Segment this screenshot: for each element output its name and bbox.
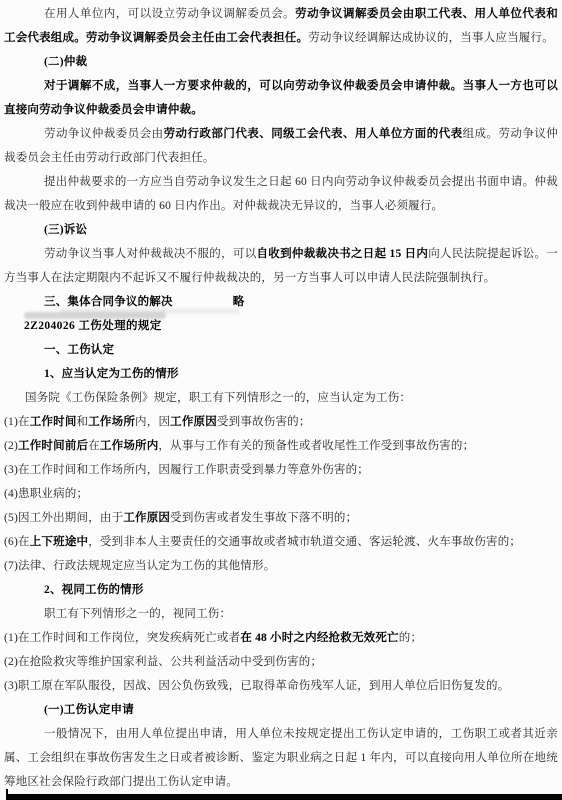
heading-injury-application: (一)工伤认定申请 — [4, 698, 558, 722]
heading-litigation: (三)诉讼 — [4, 218, 558, 242]
list-item-deemed-3: (3)职工原在军队服役，因战、因公负伤致残，已取得革命伤残军人证，到用人单位后旧… — [4, 674, 558, 698]
document-body: 在用人单位内，可以设立劳动争议调解委员会。劳动争议调解委员会由职工代表、用人单位… — [4, 2, 558, 794]
text-run: (4)患职业病的； — [4, 488, 88, 500]
para-arbitration-committee: 劳动争议仲裁委员会由劳动行政部门代表、同级工会代表、用人单位方面的代表组成。劳动… — [4, 122, 558, 170]
bold-text-run: 工作原因 — [123, 512, 170, 524]
list-item-injury-4: (4)患职业病的； — [4, 482, 558, 506]
heading-arbitration: (二)仲裁 — [4, 50, 558, 74]
text-run: 劳动争议仲裁委员会由 — [44, 128, 164, 140]
text-run: (3)在工作时间和工作场所内，因履行工作职责受到暴力等意外伤害的； — [4, 464, 369, 476]
bold-text-run: (一)工伤认定申请 — [44, 704, 134, 716]
text-run: 劳动争议经调解达成协议的，当事人应当履行。 — [308, 32, 554, 44]
highlight-smudge-secondary — [60, 309, 240, 313]
text-run: 和 — [77, 416, 89, 428]
list-item-injury-1: (1)在工作时间和工作场所内，因工作原因受到事故伤害的； — [4, 410, 558, 434]
list-item-injury-3: (3)在工作时间和工作场所内，因履行工作职责受到暴力等意外伤害的； — [4, 458, 558, 482]
heading-deemed-injury: 2、视同工伤的情形 — [4, 578, 558, 602]
para-arbitration-deadline: 提出仲裁要求的一方应当自劳动争议发生之日起 60 日内向劳动争议仲裁委员会提出书… — [4, 170, 558, 218]
scan-edge-bar — [7, 794, 562, 800]
heading-injury-determination: 一、工伤认定 — [4, 338, 558, 362]
bold-text-run: 自收到仲裁裁决书之日起 15 日内 — [257, 248, 429, 260]
para-injury-application: 一般情况下，由用人单位提出申请，用人单位未按规定提出工伤认定申请的，工伤职工或者… — [4, 722, 558, 794]
highlight-smudge — [24, 312, 166, 319]
scan-edge-corner — [6, 789, 8, 800]
bold-text-run: 工作场所内 — [100, 440, 159, 452]
text-run: 受到事故伤害的； — [217, 416, 311, 428]
text-run: (5)因工外出期间，由于 — [4, 512, 123, 524]
bold-text-run: 在 48 小时之内经抢救无效死亡 — [240, 632, 398, 644]
para-deemed-intro: 职工有下列情形之一的，视同工伤： — [4, 602, 558, 626]
bold-text-run: 劳动行政部门代表、同级工会代表、用人单位方面的代表 — [164, 128, 463, 140]
para-regulation-intro: 国务院《工伤保险条例》规定，职工有下列情形之一的，应当认定为工伤： — [4, 386, 558, 410]
bold-text-run: 工作原因 — [170, 416, 217, 428]
bold-text-run: (二)仲裁 — [44, 56, 87, 68]
text-run: ，从事与工作有关的预备性或者收尾性工作受到事故伤害的； — [158, 440, 474, 452]
text-run: ，受到非本人主要责任的交通事故或者城市轨道交通、客运轮渡、火车事故伤害的； — [88, 536, 521, 548]
text-run: 一般情况下，由用人单位提出申请，用人单位未按规定提出工伤认定申请的，工伤职工或者… — [4, 728, 558, 788]
bold-text-run: 1、应当认定为工伤的情形 — [44, 368, 179, 380]
text-run: 在用人单位内，可以设立劳动争议调解委员会。 — [44, 8, 295, 20]
list-item-injury-7: (7)法律、行政法规规定应当认定为工伤的其他情形。 — [4, 554, 558, 578]
list-item-injury-5: (5)因工外出期间，由于工作原因受到伤害或者发生事故下落不明的； — [4, 506, 558, 530]
list-item-deemed-1: (1)在工作时间和工作岗位，突发疾病死亡或者在 48 小时之内经抢救无效死亡的； — [4, 626, 558, 650]
bold-text-run: (三)诉讼 — [44, 224, 87, 236]
text-run: (3)职工原在军队服役，因战、因公负伤致残，已取得革命伤残军人证，到用人单位后旧… — [4, 680, 509, 692]
text-run: (2) — [4, 440, 18, 452]
text-run: (2)在抢险救灾等维护国家利益、公共利益活动中受到伤害的； — [4, 656, 322, 668]
text-run: (1)在 — [4, 416, 30, 428]
document-page: 在用人单位内，可以设立劳动争议调解委员会。劳动争议调解委员会由职工代表、用人单位… — [0, 0, 562, 800]
text-run: 略 — [233, 296, 245, 308]
bold-text-run: 工作时间 — [30, 416, 77, 428]
bold-text-run: 三、集体合同争议的解决 — [44, 296, 173, 308]
text-run: 内，因 — [135, 416, 170, 428]
text-run: (7)法律、行政法规规定应当认定为工伤的其他情形。 — [4, 560, 275, 572]
para-mediation-committee: 在用人单位内，可以设立劳动争议调解委员会。劳动争议调解委员会由职工代表、用人单位… — [4, 2, 558, 50]
text-run: 职工有下列情形之一的，视同工伤： — [44, 608, 231, 620]
text-run: 国务院《工伤保险条例》规定，职工有下列情形之一的，应当认定为工伤： — [25, 392, 411, 404]
bold-text-run: 工作时间前后 — [18, 440, 88, 452]
bold-text-run: 对于调解不成，当事人一方要求仲裁的，可以向劳动争议仲裁委员会申请仲裁。当事人一方… — [4, 80, 558, 116]
heading-should-be-injury: 1、应当认定为工伤的情形 — [4, 362, 558, 386]
para-litigation: 劳动争议当事人对仲裁裁决不服的，可以自收到仲裁裁决书之日起 15 日内向人民法院… — [4, 242, 558, 290]
bold-text-run: 2、视同工伤的情形 — [44, 584, 144, 596]
text-run: 在 — [88, 440, 100, 452]
text-run: 劳动争议当事人对仲裁裁决不服的，可以 — [44, 248, 257, 260]
list-item-deemed-2: (2)在抢险救灾等维护国家利益、公共利益活动中受到伤害的； — [4, 650, 558, 674]
text-run: (6)在 — [4, 536, 30, 548]
list-item-injury-2: (2)工作时间前后在工作场所内，从事与工作有关的预备性或者收尾性工作受到事故伤害… — [4, 434, 558, 458]
bold-text-run: 上下班途中 — [30, 536, 89, 548]
list-item-injury-6: (6)在上下班途中，受到非本人主要责任的交通事故或者城市轨道交通、客运轮渡、火车… — [4, 530, 558, 554]
text-run: 提出仲裁要求的一方应当自劳动争议发生之日起 60 日内向劳动争议仲裁委员会提出书… — [4, 176, 558, 212]
text-run: 的； — [399, 632, 422, 644]
text-run: (1)在工作时间和工作岗位，突发疾病死亡或者 — [4, 632, 240, 644]
bold-text-run: 一、工伤认定 — [44, 344, 114, 356]
bold-text-run: 工作场所 — [88, 416, 135, 428]
bold-text-run: 2Z204026 工伤处理的规定 — [24, 320, 162, 332]
text-run: 受到伤害或者发生事故下落不明的； — [170, 512, 357, 524]
para-arbitration-request: 对于调解不成，当事人一方要求仲裁的，可以向劳动争议仲裁委员会申请仲裁。当事人一方… — [4, 74, 558, 122]
